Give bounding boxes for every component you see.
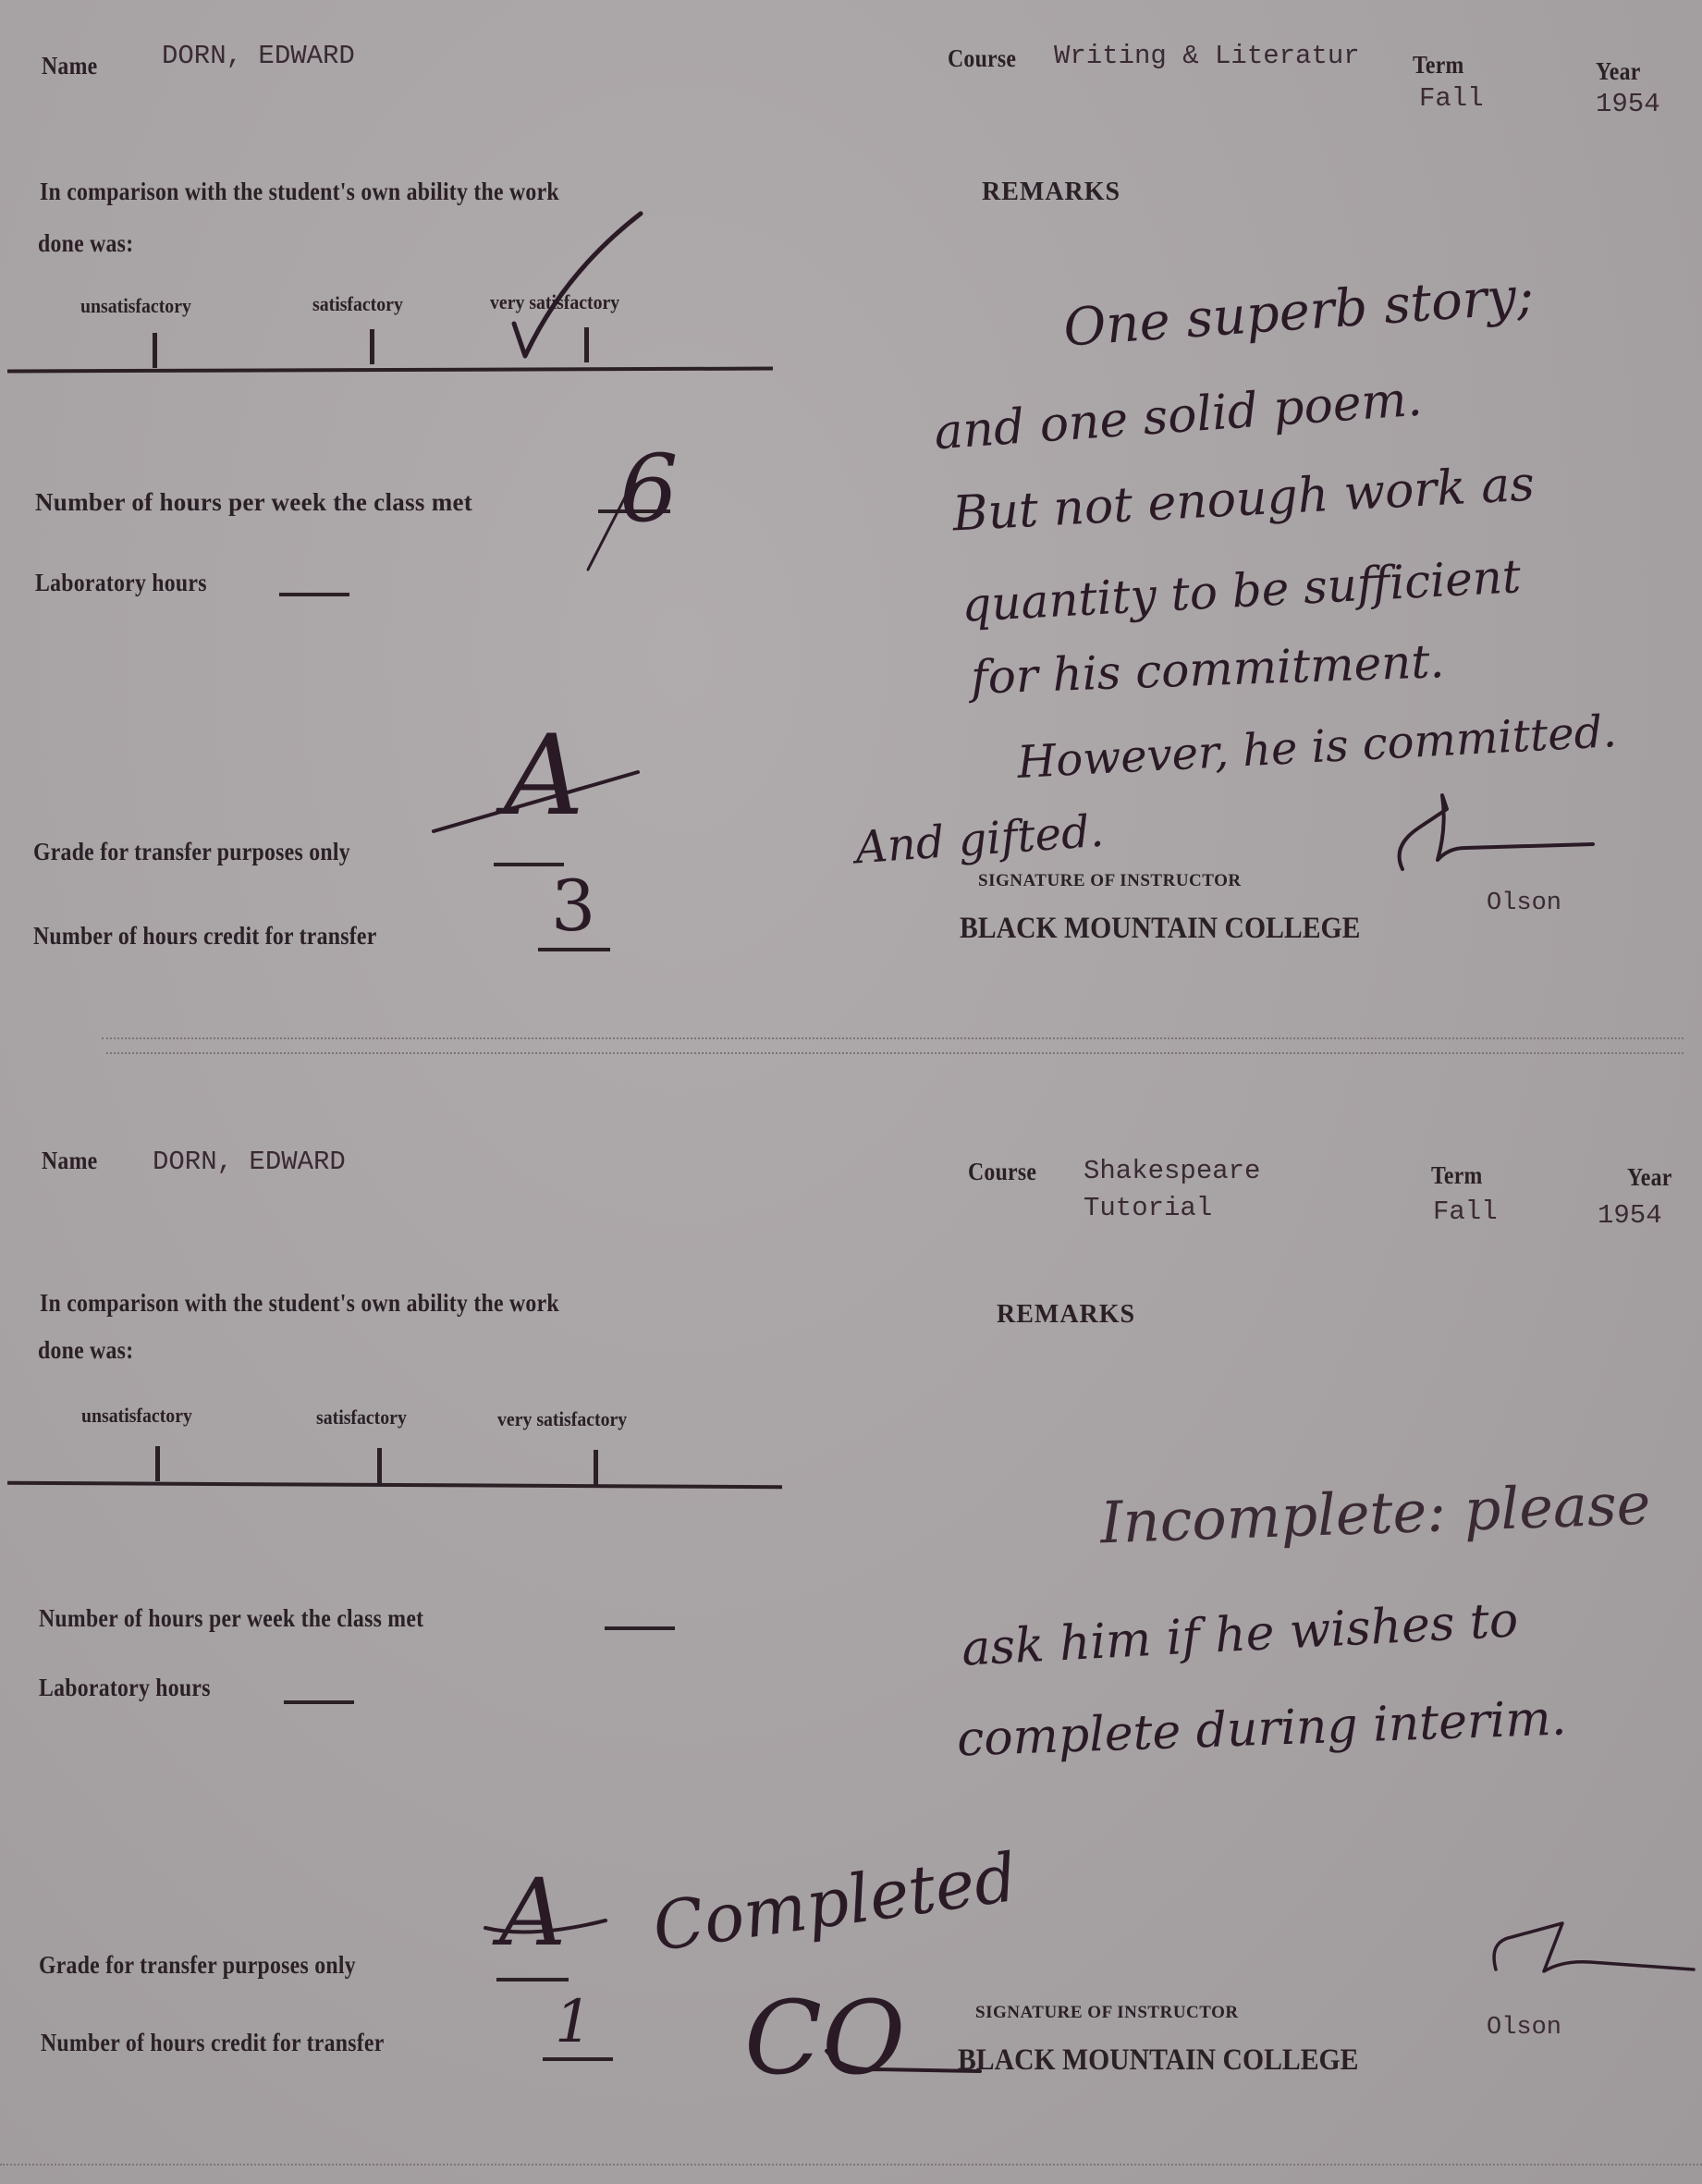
course-label: Course [968, 1158, 1036, 1186]
signature-caption: SIGNATURE OF INSTRUCTOR [975, 2003, 1239, 2023]
credit-blank [538, 947, 610, 951]
comparison-text-line2: done was: [38, 229, 133, 258]
grade-strikethrough [430, 763, 643, 837]
scale-tick [377, 1448, 382, 1483]
remarks-heading: REMARKS [997, 1300, 1135, 1330]
grade-underline-stroke [476, 1909, 615, 1946]
remarks-line: and one solid poem. [933, 372, 1425, 461]
course-label: Course [948, 44, 1016, 73]
instructor-typed-name: Olson [1487, 2014, 1561, 2042]
term-value: Fall [1433, 1196, 1498, 1227]
hours-per-week-field: Number of hours per week the class met [35, 488, 472, 517]
course-value: Shakespeare [1084, 1156, 1260, 1186]
comparison-text-line1: In comparison with the student's own abi… [40, 178, 559, 206]
remarks-line: complete during interim. [956, 1691, 1567, 1768]
instructor-signature [1488, 1914, 1701, 1979]
credit-blank [543, 2056, 613, 2061]
name-label: Name [42, 1147, 97, 1175]
scale-line [7, 367, 773, 374]
year-value: 1954 [1596, 89, 1660, 119]
student-name: DORN, EDWARD [153, 1147, 346, 1177]
instructor-signature [1391, 791, 1604, 883]
lab-hours-label: Laboratory hours [39, 1674, 211, 1702]
college-name: BLACK MOUNTAIN COLLEGE [960, 912, 1360, 946]
credit-label: Number of hours credit for transfer [41, 2029, 385, 2057]
scale-label-satisfactory: satisfactory [312, 292, 403, 316]
remarks-line: And gifted. [853, 805, 1105, 875]
remarks-line: quantity to be sufficient [961, 549, 1522, 632]
remarks-line: But not enough work as [951, 457, 1536, 543]
year-label: Year [1596, 57, 1641, 86]
scale-tick [370, 329, 374, 364]
grade-label: Grade for transfer purposes only [33, 838, 350, 866]
hours-per-week-label: Number of hours per week the class met [35, 488, 472, 516]
scale-tick [153, 333, 157, 368]
remarks-line: However, he is committed. [1016, 706, 1618, 789]
year-label: Year [1627, 1163, 1672, 1192]
checkmark-icon [508, 208, 656, 365]
term-value: Fall [1419, 83, 1484, 114]
credit-value: 1 [555, 1988, 593, 2056]
lab-hours-blank [284, 1699, 354, 1704]
comparison-text-line1: In comparison with the student's own abi… [40, 1289, 559, 1318]
scale-tick [155, 1446, 160, 1481]
grade-blank [496, 1977, 569, 1982]
card-separator [102, 1037, 1684, 1040]
course-value-line2: Tutorial [1084, 1193, 1212, 1223]
page-bottom-edge [0, 2164, 1702, 2166]
remarks-line: Incomplete: please [1099, 1470, 1652, 1557]
lab-hours-label: Laboratory hours [35, 569, 207, 597]
year-value: 1954 [1598, 1200, 1662, 1231]
scale-tick [594, 1450, 598, 1485]
remarks-line: One superb story; [1061, 265, 1536, 358]
student-name: DORN, EDWARD [162, 41, 355, 71]
scale-label-unsatisfactory: unsatisfactory [81, 1404, 192, 1428]
lab-hours-blank [279, 592, 349, 596]
term-label: Term [1431, 1161, 1483, 1190]
scale-line [7, 1481, 782, 1489]
handwriting-stroke [582, 490, 638, 573]
grade-label: Grade for transfer purposes only [39, 1951, 356, 1980]
hours-per-week-blank [605, 1626, 675, 1630]
comparison-text-line2: done was: [38, 1336, 133, 1365]
term-label: Term [1413, 51, 1464, 80]
evaluation-card-shakespeare-tutorial: Name DORN, EDWARD Course Shakespeare Tut… [0, 1045, 1702, 2184]
scale-label-satisfactory: satisfactory [316, 1405, 407, 1429]
instructor-typed-name: Olson [1487, 890, 1561, 917]
evaluation-card-writing-literature: Name DORN, EDWARD Course Writing & Liter… [0, 0, 1702, 1045]
name-label: Name [42, 52, 97, 80]
remarks-line: for his commitment. [970, 634, 1445, 705]
scale-label-unsatisfactory: unsatisfactory [80, 294, 191, 318]
scale-label-very-satisfactory: very satisfactory [497, 1407, 627, 1431]
remarks-line: ask him if he wishes to [961, 1592, 1520, 1676]
hours-per-week-label: Number of hours per week the class met [39, 1604, 423, 1633]
grade-annotation: Completed [648, 1838, 1022, 1966]
credit-label: Number of hours credit for transfer [33, 922, 377, 951]
credit-value: 3 [551, 865, 595, 947]
remarks-heading: REMARKS [982, 178, 1120, 207]
college-name: BLACK MOUNTAIN COLLEGE [958, 2043, 1358, 2078]
signature-caption: SIGNATURE OF INSTRUCTOR [978, 871, 1242, 891]
course-value: Writing & Literatur [1054, 41, 1360, 71]
